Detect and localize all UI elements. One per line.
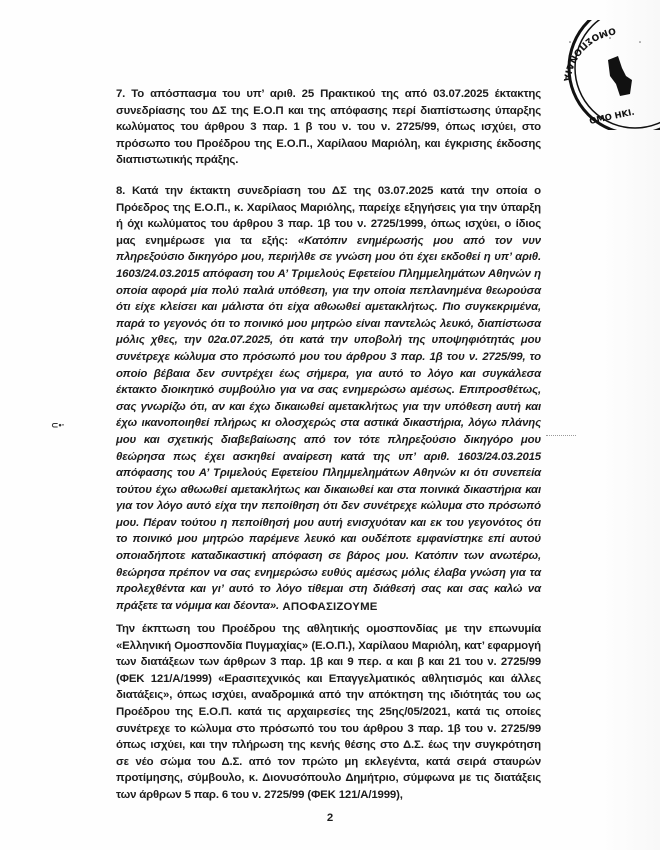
paragraph-8-quote: «Κατόπιν ενημέρωσής μου από τον νυν πληρ… bbox=[116, 235, 541, 612]
federation-stamp: ΟΜΟΣΠΟΝΔΙΑ ΟΜΟ ΗΚΙ. bbox=[540, 20, 660, 130]
scan-artifact-left: ⊂•· bbox=[51, 420, 65, 431]
paragraph-8: 8. Κατά την έκτακτη συνεδρίαση του ΔΣ τη… bbox=[116, 183, 541, 614]
paragraph-7: 7. Το απόσπασμα του υπ’ αριθ. 25 Πρακτικ… bbox=[116, 86, 541, 169]
stamp-seal-icon: ΟΜΟΣΠΟΝΔΙΑ ΟΜΟ ΗΚΙ. bbox=[540, 20, 660, 130]
document-page: ΟΜΟΣΠΟΝΔΙΑ ΟΜΟ ΗΚΙ. ⊂•· 7. Το απόσπασμα … bbox=[0, 0, 660, 850]
decision-heading: ΑΠΟΦΑΣΙΖΟΥΜΕ bbox=[0, 601, 660, 613]
decision-paragraph: Την έκπτωση του Προέδρου της αθλητικής ο… bbox=[116, 621, 541, 804]
page-number: 2 bbox=[0, 812, 660, 824]
scan-artifact-right bbox=[546, 435, 576, 436]
